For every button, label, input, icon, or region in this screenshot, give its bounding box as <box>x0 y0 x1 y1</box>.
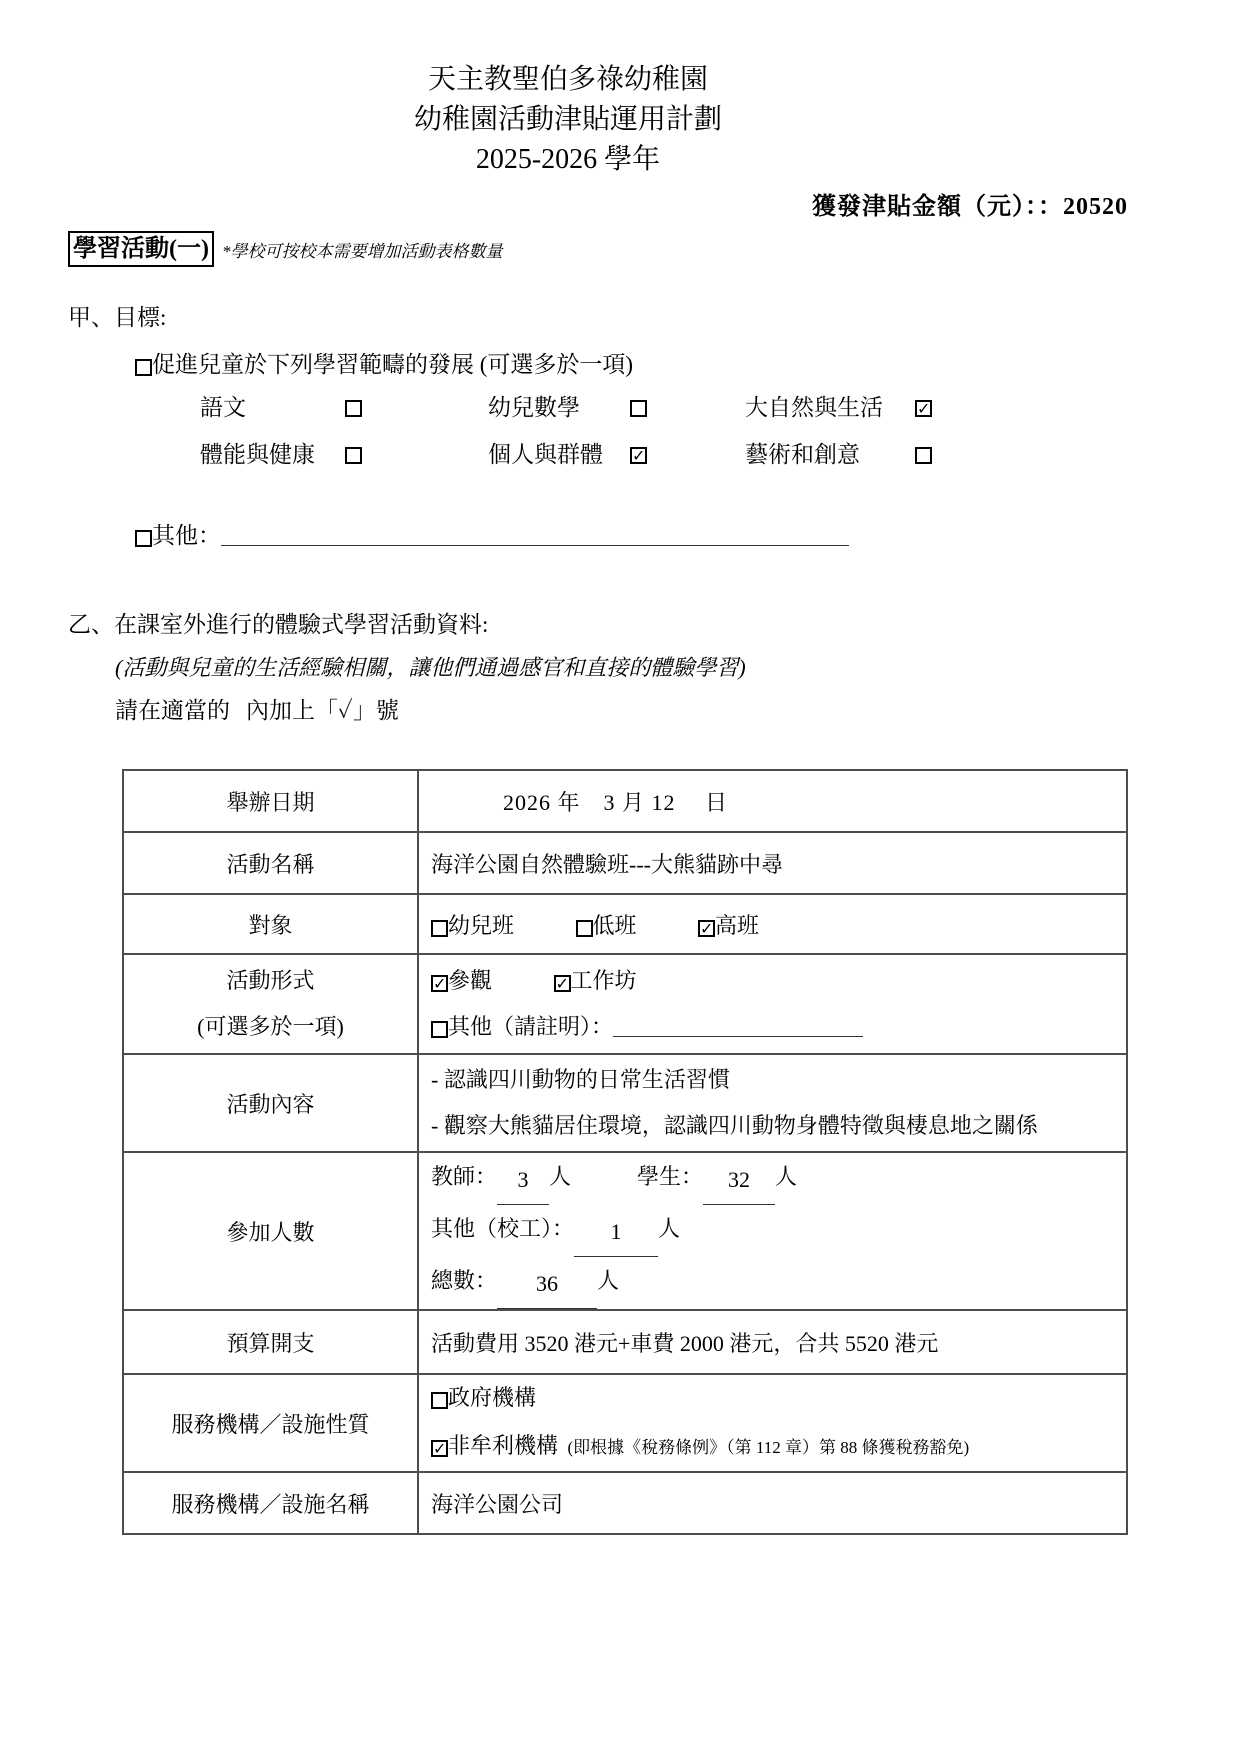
teacher-unit: 人 <box>549 1164 571 1189</box>
activity-name[interactable]: 海洋公園自然體驗班---大熊貓跡中尋 <box>418 832 1127 894</box>
table-row-org-type: 服務機構／設施性質 政府機構 ✓非牟利機構 (即根據《稅務條例》（第 112 章… <box>123 1374 1127 1472</box>
domain-label-physical-health: 體能與健康 <box>200 436 345 469</box>
tick-instruction-prefix: 請在適當的 <box>115 698 230 723</box>
document-page: 天主教聖伯多祿幼稚園 幼稚園活動津貼運用計劃 2025-2026 學年 獲發津貼… <box>68 0 1128 1535</box>
row-label-activity-content: 活動內容 <box>123 1054 418 1152</box>
tick-instruction: 請在適當的內加上「✓」號 <box>115 692 1128 725</box>
form-label-visit: 參觀 <box>448 968 492 993</box>
develop-domains-line: 促進兒童於下列學習範疇的發展 (可選多於一項) <box>135 346 1128 379</box>
table-row-budget: 預算開支 活動費用 3520 港元+車費 2000 港元，合共 5520 港元 <box>123 1310 1127 1374</box>
other-participants-unit: 人 <box>658 1216 680 1241</box>
row-label-activity-form: 活動形式 (可選多於一項) <box>123 954 418 1054</box>
row-label-activity-name: 活動名稱 <box>123 832 418 894</box>
activity-form-label: 活動形式 <box>124 958 417 1004</box>
org-type-note-nonprofit: (即根據《稅務條例》（第 112 章）第 88 條獲稅務豁免) <box>568 1438 970 1457</box>
row-value-activity-content: - 認識四川動物的日常生活習慣 - 觀察大熊貓居住環境，認識四川動物身體特徵與棲… <box>418 1054 1127 1152</box>
org-name-value[interactable]: 海洋公園公司 <box>418 1472 1127 1534</box>
checkbox-nonprofit-org[interactable]: ✓ <box>431 1440 448 1457</box>
activity-table: 舉辦日期 2026 年 3 月 12 日 活動名稱 海洋公園自然體驗班---大熊… <box>122 769 1128 1535</box>
subsidy-label: 獲發津貼金額（元）： <box>812 194 1038 220</box>
form-other-label: 其他（請註明）： <box>448 1014 613 1039</box>
table-row-target: 對象 幼兒班 低班 ✓高班 <box>123 894 1127 954</box>
part-a-heading: 甲、目標: <box>68 299 1128 332</box>
target-label-nursery: 幼兒班 <box>448 913 514 938</box>
row-value-org-type: 政府機構 ✓非牟利機構 (即根據《稅務條例》（第 112 章）第 88 條獲稅務… <box>418 1374 1127 1472</box>
form-label-workshop: 工作坊 <box>571 968 637 993</box>
subsidy-amount: ：20520 <box>1038 194 1128 220</box>
checkbox-visit-mark: ✓ <box>433 977 446 991</box>
checkbox-develop-domains[interactable] <box>135 359 152 376</box>
teacher-count[interactable]: 3 <box>497 1156 549 1205</box>
budget-value[interactable]: 活動費用 3520 港元+車費 2000 港元，合共 5520 港元 <box>418 1310 1127 1374</box>
row-label-date: 舉辦日期 <box>123 770 418 832</box>
row-value-date: 2026 年 3 月 12 日 <box>418 770 1127 832</box>
total-unit: 人 <box>597 1268 619 1293</box>
activity-date[interactable]: 2026 年 3 月 12 日 <box>503 790 728 815</box>
checkbox-early-math[interactable] <box>630 400 647 417</box>
student-unit: 人 <box>775 1164 797 1189</box>
part-b-heading: 乙、在課室外進行的體驗式學習活動資料: <box>68 606 1128 639</box>
row-label-org-name: 服務機構／設施名稱 <box>123 1472 418 1534</box>
org-type-label-nonprofit: 非牟利機構 <box>448 1433 558 1458</box>
school-year: 2025-2026 學年 <box>68 140 1068 180</box>
section-box-title: 學習活動(一) <box>68 231 214 267</box>
develop-note: (可選多於一項) <box>474 352 633 377</box>
checkbox-visit[interactable]: ✓ <box>431 975 448 992</box>
activity-content-bullet-1: - 認識四川動物的日常生活習慣 <box>431 1057 1126 1103</box>
tick-instruction-suffix: 內加上「✓」號 <box>246 698 399 723</box>
row-label-budget: 預算開支 <box>123 1310 418 1374</box>
table-row-org-name: 服務機構／設施名稱 海洋公園公司 <box>123 1472 1127 1534</box>
checkbox-other-goal[interactable] <box>135 530 152 547</box>
checkbox-nonprofit-org-mark: ✓ <box>433 1442 446 1456</box>
form-other-blank[interactable] <box>613 1013 863 1037</box>
learning-domain-grid: 語文 幼兒數學 大自然與生活 ✓ 體能與健康 個人與群體 ✓ 藝術和創意 <box>200 389 1128 469</box>
checkbox-government-org[interactable] <box>431 1392 448 1409</box>
domain-label-early-math: 幼兒數學 <box>488 389 630 422</box>
student-label: 學生： <box>637 1164 703 1189</box>
title-block: 天主教聖伯多祿幼稚園 幼稚園活動津貼運用計劃 2025-2026 學年 <box>68 60 1068 180</box>
row-value-target: 幼兒班 低班 ✓高班 <box>418 894 1127 954</box>
subsidy-amount-line: 獲發津貼金額（元）：：20520 <box>68 186 1128 221</box>
checkbox-workshop[interactable]: ✓ <box>554 975 571 992</box>
part-b-note: (活動與兒童的生活經驗相關，讓他們通過感官和直接的體驗學習) <box>115 651 1128 682</box>
section-header: 學習活動(一) *學校可按校本需要增加活動表格數量 <box>68 231 1128 267</box>
student-count[interactable]: 32 <box>703 1156 775 1205</box>
other-participants-count[interactable]: 1 <box>574 1208 658 1257</box>
checkbox-nature-life[interactable]: ✓ <box>915 400 932 417</box>
target-label-lower: 低班 <box>593 913 637 938</box>
school-name: 天主教聖伯多祿幼稚園 <box>68 60 1068 100</box>
checkbox-lower-class[interactable] <box>576 920 593 937</box>
row-label-org-type: 服務機構／設施性質 <box>123 1374 418 1472</box>
domain-label-nature-life: 大自然與生活 <box>745 389 915 422</box>
checkbox-upper-class[interactable]: ✓ <box>698 920 715 937</box>
domain-label-arts-creativity: 藝術和創意 <box>745 436 915 469</box>
activity-content-bullet-2: - 觀察大熊貓居住環境，認識四川動物身體特徵與棲息地之關係 <box>431 1103 1126 1149</box>
checkbox-nursery-class[interactable] <box>431 920 448 937</box>
table-row-participants: 參加人數 教師：3人學生：32人 其他（校工）：1人 總數：36人 <box>123 1152 1127 1310</box>
checkbox-arts-creativity[interactable] <box>915 447 932 464</box>
row-label-target: 對象 <box>123 894 418 954</box>
table-row-activity-name: 活動名稱 海洋公園自然體驗班---大熊貓跡中尋 <box>123 832 1127 894</box>
checkbox-language[interactable] <box>345 400 362 417</box>
domain-label-language: 語文 <box>200 389 345 422</box>
checkbox-self-society[interactable]: ✓ <box>630 447 647 464</box>
row-value-activity-form: ✓參觀 ✓工作坊 其他（請註明）： <box>418 954 1127 1054</box>
checkbox-form-other[interactable] <box>431 1021 448 1038</box>
org-type-label-government: 政府機構 <box>448 1385 536 1410</box>
other-goal-blank[interactable] <box>221 522 849 546</box>
develop-label: 促進兒童於下列學習範疇的發展 <box>152 352 474 377</box>
total-count[interactable]: 36 <box>497 1260 597 1309</box>
plan-title: 幼稚園活動津貼運用計劃 <box>68 100 1068 140</box>
row-value-participants: 教師：3人學生：32人 其他（校工）：1人 總數：36人 <box>418 1152 1127 1310</box>
other-goal-line: 其他： <box>135 517 1128 550</box>
checkbox-upper-class-mark: ✓ <box>700 922 713 936</box>
checkbox-workshop-mark: ✓ <box>556 977 569 991</box>
target-label-upper: 高班 <box>715 913 759 938</box>
table-row-date: 舉辦日期 2026 年 3 月 12 日 <box>123 770 1127 832</box>
section-note: *學校可按校本需要增加活動表格數量 <box>222 237 503 262</box>
other-participants-label: 其他（校工）： <box>431 1216 574 1241</box>
row-label-participants: 參加人數 <box>123 1152 418 1310</box>
checkbox-physical-health[interactable] <box>345 447 362 464</box>
domain-label-self-society: 個人與群體 <box>488 436 630 469</box>
table-row-activity-form: 活動形式 (可選多於一項) ✓參觀 ✓工作坊 其他（請註明）： <box>123 954 1127 1054</box>
checkbox-self-society-mark: ✓ <box>632 449 645 463</box>
total-label: 總數： <box>431 1268 497 1293</box>
table-row-activity-content: 活動內容 - 認識四川動物的日常生活習慣 - 觀察大熊貓居住環境，認識四川動物身… <box>123 1054 1127 1152</box>
activity-form-sublabel: (可選多於一項) <box>124 1004 417 1050</box>
checkbox-nature-life-mark: ✓ <box>917 402 930 416</box>
teacher-label: 教師： <box>431 1164 497 1189</box>
other-goal-label: 其他： <box>152 523 221 548</box>
